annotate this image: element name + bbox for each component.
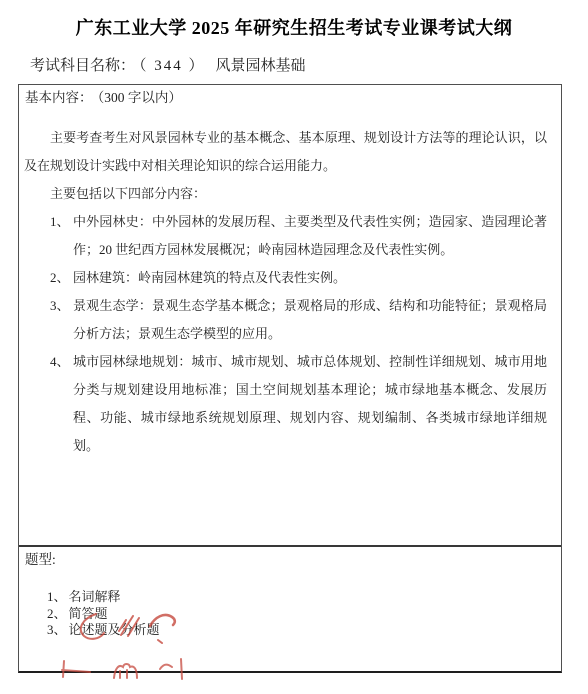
item-text: 中外园林史：中外园林的发展历程、主要类型及代表性实例；造园家、造园理论著作；20…: [73, 214, 547, 257]
type-item-1: 1、名词解释: [19, 589, 561, 606]
content-table: 基本内容：（300 字以内） 主要考查考生对风景园林专业的基本概念、基本原理、规…: [18, 84, 562, 673]
basic-content-header: 基本内容：（300 字以内）: [19, 85, 561, 107]
basic-content-body: 主要考查考生对风景园林专业的基本概念、基本原理、规划设计方法等的理论认识，以及在…: [24, 124, 547, 460]
item-number: 2、: [47, 606, 67, 621]
question-types-header: 题型:: [19, 547, 561, 569]
subheading-line: 主要包括以下四部分内容：: [24, 180, 547, 208]
question-types-list: 1、名词解释 2、简答题 3、论述题及分析题: [19, 589, 561, 639]
item-number: 2、: [50, 264, 70, 292]
item-text: 城市园林绿地规划：城市、城市规划、城市总体规划、控制性详细规划、城市用地分类与规…: [73, 354, 547, 453]
item-number: 3、: [50, 292, 70, 320]
document-page: 广东工业大学 2025 年研究生招生考试专业课考试大纲 考试科目名称：（ 344…: [0, 0, 588, 694]
type-item-3: 3、论述题及分析题: [19, 622, 561, 639]
item-number: 3、: [47, 622, 67, 637]
item-text: 景观生态学：景观生态学基本概念；景观格局的形成、结构和功能特征；景观格局分析方法…: [73, 298, 547, 341]
basic-content-label: 基本内容：: [25, 90, 93, 105]
item-number: 1、: [47, 589, 67, 604]
item-text: 论述题及分析题: [69, 622, 160, 637]
item-text: 园林建筑：岭南园林建筑的特点及代表性实例。: [73, 270, 346, 285]
syllabus-item-1: 1、中外园林史：中外园林的发展历程、主要类型及代表性实例；造园家、造园理论著作；…: [24, 208, 547, 264]
question-types-cell: 题型: 1、名词解释 2、简答题 3、论述题及分析题: [19, 547, 561, 671]
item-text: 名词解释: [69, 589, 121, 604]
page-title: 广东工业大学 2025 年研究生招生考试专业课考试大纲: [0, 14, 588, 40]
subject-name: 风景园林基础: [216, 58, 306, 74]
basic-content-cell: 基本内容：（300 字以内） 主要考查考生对风景园林专业的基本概念、基本原理、规…: [19, 85, 561, 547]
item-number: 1、: [50, 208, 70, 236]
syllabus-item-3: 3、景观生态学：景观生态学基本概念；景观格局的形成、结构和功能特征；景观格局分析…: [24, 292, 547, 348]
question-types-label: 题型:: [25, 552, 56, 567]
subject-line: 考试科目名称：（ 344 ）风景园林基础: [30, 54, 306, 75]
basic-content-word-limit: （300 字以内）: [98, 90, 182, 105]
syllabus-item-2: 2、园林建筑：岭南园林建筑的特点及代表性实例。: [24, 264, 547, 292]
syllabus-item-4: 4、城市园林绿地规划：城市、城市规划、城市总体规划、控制性详细规划、城市用地分类…: [24, 348, 547, 460]
item-text: 简答题: [69, 606, 108, 621]
type-item-2: 2、简答题: [19, 606, 561, 623]
subject-label: 考试科目名称：: [30, 58, 135, 74]
item-number: 4、: [50, 348, 70, 376]
subject-code: （ 344 ）: [139, 58, 206, 74]
intro-paragraph: 主要考查考生对风景园林专业的基本概念、基本原理、规划设计方法等的理论认识，以及在…: [24, 124, 547, 180]
